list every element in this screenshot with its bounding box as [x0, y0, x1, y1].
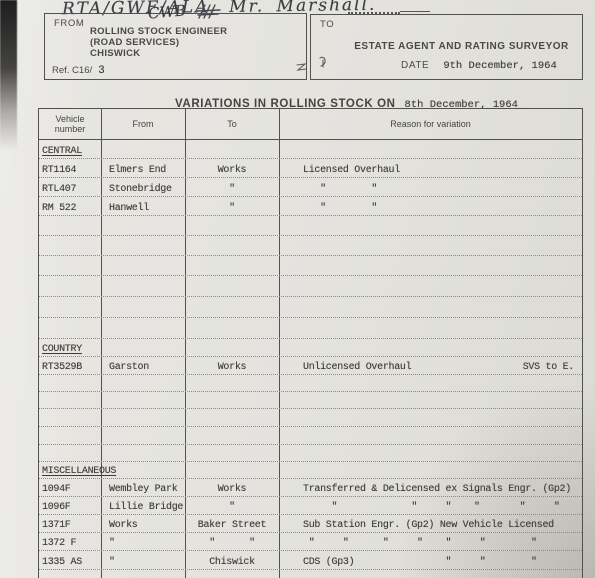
recipient-name: ESTATE AGENT AND RATING SURVEYOR	[351, 41, 572, 52]
reason-text: " "	[303, 203, 377, 214]
section-row: CENTRAL	[39, 140, 582, 159]
cell-to: Works	[185, 362, 279, 373]
handwritten-mark	[318, 56, 328, 68]
reason-text: Sub Station Engr. (Gp2) New Vehicle Lice…	[303, 520, 554, 531]
section-row: COUNTRY	[39, 339, 582, 357]
empty-row	[39, 276, 582, 297]
scanned-memo-document: RTA/GWF/ALA, Mr. Marshall. FROM ROLLING …	[0, 0, 595, 578]
cell-reason: " " " " " "	[279, 502, 582, 513]
handwritten-scribble	[196, 4, 222, 20]
cell-to: Chiswick	[185, 557, 279, 568]
sender-line-1: ROLLING STOCK ENGINEER	[90, 26, 227, 37]
date-label: DATE	[401, 60, 429, 71]
cell-reason: CDS (Gp3) " " "	[279, 557, 582, 568]
empty-row	[39, 297, 582, 318]
table-row: RTL407Stonebridge" " "	[39, 178, 582, 197]
reference-label: Ref. C16/	[52, 65, 92, 76]
from-label: FROM	[54, 18, 84, 29]
table-row: RM 522Hanwell" " "	[39, 197, 582, 216]
reference-value: 3	[98, 65, 105, 77]
reason-text: CDS (Gp3) " " "	[303, 557, 537, 568]
cell-reason: Licensed Overhaul	[279, 165, 582, 176]
empty-row	[39, 318, 582, 339]
cell-from: Hanwell	[101, 203, 185, 214]
cell-vehicle: RTL407	[39, 184, 101, 195]
table-row: RT3529BGarstonWorksUnlicensed OverhaulSV…	[39, 357, 582, 375]
cell-reason: " " " " " " "	[279, 538, 582, 549]
date-line: DATE9th December, 1964	[401, 60, 557, 72]
cell-from: "	[101, 538, 185, 549]
section-label: MISCELLANEOUS	[39, 466, 116, 477]
table-header-row: Vehicle number From To Reason for variat…	[39, 109, 582, 140]
reference-line: Ref. C16/3	[52, 65, 105, 77]
cell-vehicle: RM 522	[39, 203, 101, 214]
cell-vehicle: 1094F	[39, 484, 101, 495]
cell-vehicle: 1372 F	[39, 538, 101, 549]
section-label: CENTRAL	[39, 146, 82, 157]
table-row: RT1164Elmers EndWorksLicensed Overhaul	[39, 159, 582, 178]
table-row: 1096FLillie Bridge" " " " " " "	[39, 497, 582, 515]
handwritten-initials: CWB	[147, 1, 186, 22]
to-address-box: TO ESTATE AGENT AND RATING SURVEYOR DATE…	[310, 14, 583, 80]
header-from: From	[101, 119, 185, 129]
scan-edge-artifact	[0, 0, 17, 150]
header-vehicle-number: Vehicle number	[39, 114, 101, 134]
cell-to: "	[185, 184, 279, 195]
empty-row	[39, 216, 582, 236]
reason-text: Licensed Overhaul	[303, 165, 400, 176]
cell-to: "	[185, 502, 279, 513]
empty-row	[39, 409, 582, 427]
handwritten-solid-rule	[400, 11, 430, 12]
cell-to: Baker Street	[185, 520, 279, 531]
cell-from: Elmers End	[101, 165, 185, 176]
cell-from: Wembley Park	[101, 484, 185, 495]
to-label: TO	[320, 19, 334, 30]
date-value: 9th December, 1964	[443, 60, 556, 72]
empty-row	[39, 427, 582, 445]
cell-to: Works	[185, 165, 279, 176]
cell-vehicle: RT1164	[39, 165, 101, 176]
cell-to: " "	[185, 538, 279, 549]
empty-row	[39, 256, 582, 276]
cell-to: Works	[185, 484, 279, 495]
cell-to: "	[185, 203, 279, 214]
section-row: MISCELLANEOUS	[39, 462, 582, 479]
sender-line-2: (ROAD SERVICES)	[90, 37, 227, 48]
cell-from: Stonebridge	[101, 184, 185, 195]
handwritten-mark	[296, 62, 308, 72]
cell-reason: Unlicensed OverhaulSVS to E.	[279, 362, 582, 373]
empty-row	[39, 375, 582, 392]
table-row: 1371FWorksBaker StreetSub Station Engr. …	[39, 515, 582, 533]
cell-from: Works	[101, 520, 185, 531]
reason-text: " " " " " " "	[303, 538, 537, 549]
reason-text: Transferred & Delicensed ex Signals Engr…	[303, 484, 571, 495]
empty-row	[39, 445, 582, 462]
cell-reason: " "	[279, 203, 582, 214]
empty-row	[39, 392, 582, 409]
cell-vehicle: 1335 AS	[39, 557, 101, 568]
reason-text: Unlicensed Overhaul	[303, 362, 411, 373]
variations-table: Vehicle number From To Reason for variat…	[38, 108, 583, 578]
cell-from: Lillie Bridge	[101, 502, 185, 513]
cell-reason: Sub Station Engr. (Gp2) New Vehicle Lice…	[279, 520, 582, 531]
sender-line-3: CHISWICK	[90, 48, 227, 59]
header-to: To	[185, 119, 279, 129]
table-row: 1335 AS"ChiswickCDS (Gp3) " " "	[39, 551, 582, 570]
cell-reason: Transferred & Delicensed ex Signals Engr…	[279, 484, 582, 495]
cell-from: "	[101, 557, 185, 568]
from-address-box: FROM ROLLING STOCK ENGINEER (ROAD SERVIC…	[44, 13, 307, 80]
table-rows: CENTRALRT1164Elmers EndWorksLicensed Ove…	[39, 140, 582, 570]
reason-text: " "	[303, 184, 377, 195]
cell-vehicle: 1371F	[39, 520, 101, 531]
cell-reason: " "	[279, 184, 582, 195]
cell-vehicle: 1096F	[39, 502, 101, 513]
sender-address: ROLLING STOCK ENGINEER (ROAD SERVICES) C…	[90, 26, 227, 59]
table-row: 1094FWembley ParkWorksTransferred & Deli…	[39, 479, 582, 497]
header-reason: Reason for variation	[279, 119, 582, 129]
cell-vehicle: RT3529B	[39, 362, 101, 373]
cell-from: Garston	[101, 362, 185, 373]
reason-text: " " " " " "	[303, 502, 560, 513]
reason-note: SVS to E.	[523, 362, 574, 373]
empty-row	[39, 236, 582, 256]
section-label: COUNTRY	[39, 344, 82, 355]
table-row: 1372 F"" " " " " " " " "	[39, 533, 582, 551]
